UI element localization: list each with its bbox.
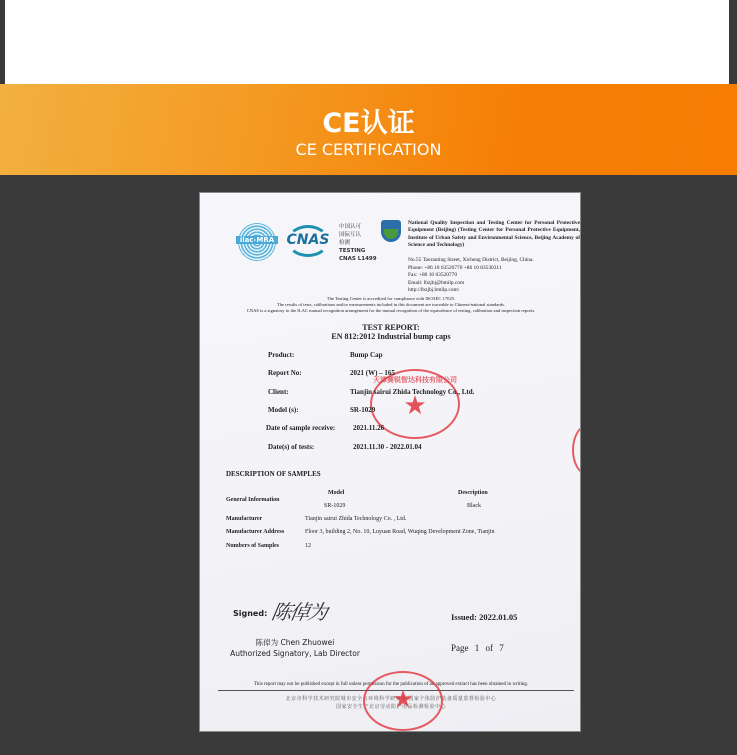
- samples-section-title: DESCRIPTION OF SAMPLES: [226, 470, 321, 478]
- field-label-report-no: Report No:: [268, 369, 302, 377]
- field-value-test-dates: 2021.11.30 - 2022.01.04: [353, 443, 421, 451]
- model-column-header: Model: [328, 490, 344, 496]
- testing-center-shield-icon: [381, 220, 401, 242]
- section-banner: CE认证 CE CERTIFICATION: [0, 84, 737, 175]
- field-label-sample-receive: Date of sample receive:: [266, 424, 335, 432]
- top-white-panel: [5, 0, 729, 84]
- manufacturer-label: Manufacturer: [226, 516, 262, 522]
- testing-center-address: No.55 Taoranting Street, Xicheng Distric…: [408, 257, 534, 295]
- field-label-model: Model (s):: [268, 406, 299, 414]
- ilac-mra-logo-icon: ilac-MRA: [238, 223, 276, 261]
- page-number: Page 1 of 7: [451, 643, 504, 653]
- report-subtitle: EN 812:2012 Industrial bump caps: [200, 332, 581, 342]
- manufacturer-address-value: Floor 3, building 2, No. 10, Luyuan Road…: [305, 529, 494, 535]
- page-edge-seal-stamp: [572, 425, 581, 475]
- field-value-sample-receive: 2021.11.26: [353, 424, 384, 432]
- field-value-client: Tianjin sairui Zhida Technology Co., Ltd…: [350, 388, 474, 396]
- accreditation-line: CNAS is a signatory to the ILAC mutual r…: [200, 308, 581, 314]
- field-label-client: Client:: [268, 388, 289, 396]
- testing-center-seal-stamp: ★: [363, 671, 443, 731]
- manufacturer-value: Tianjin sairui Zhida Technology Co. , Lt…: [305, 516, 406, 522]
- handwritten-signature: 陈倬为: [269, 596, 328, 625]
- sample-count-label: Numbers of Samples: [226, 543, 279, 549]
- general-info-label: General Information: [226, 497, 280, 503]
- cnas-logo-icon: CNAS: [284, 223, 332, 259]
- signed-label: Signed:: [233, 609, 267, 618]
- manufacturer-address-label: Manufacturer Address: [226, 529, 284, 535]
- certificate-document: ilac-MRA CNAS 中国认可 国际互认 检测 TESTING CNAS …: [199, 192, 581, 732]
- issued-date: Issued: 2022.01.05: [451, 612, 517, 622]
- signatory-role: Authorized Signatory, Lab Director: [220, 649, 370, 658]
- cnas-accreditation-mark: 中国认可 国际互认 检测 TESTING CNAS L1499: [339, 223, 377, 263]
- field-value-product: Bump Cap: [350, 351, 382, 359]
- field-value-model: SR-1029: [350, 406, 375, 414]
- description-column-header: Description: [458, 490, 488, 496]
- sample-count-value: 12: [305, 543, 311, 549]
- banner-title: CE认证: [0, 101, 737, 140]
- signatory-name: 陈倬为 Chen Zhuowei: [220, 637, 370, 648]
- description-value: Black: [467, 503, 481, 509]
- field-label-product: Product:: [268, 351, 294, 359]
- model-value: SR-1029: [324, 503, 345, 509]
- field-label-test-dates: Date(s) of tests:: [268, 443, 314, 451]
- testing-center-name: National Quality Inspection and Testing …: [408, 220, 580, 250]
- field-value-report-no: 2021 (W) – 165: [350, 369, 395, 377]
- banner-subtitle: CE CERTIFICATION: [0, 140, 737, 159]
